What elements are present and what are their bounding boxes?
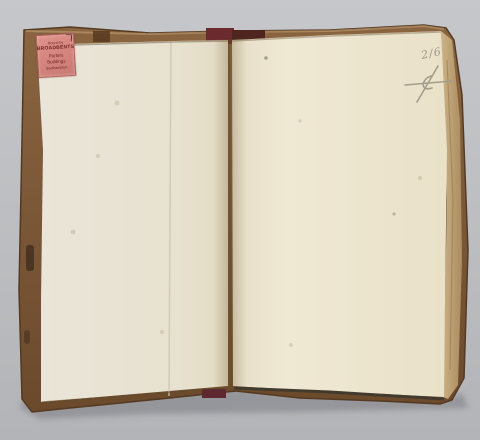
label-corner-mark bbox=[66, 34, 73, 41]
leather-wear-spot bbox=[24, 330, 30, 344]
label-line: Bound by bbox=[48, 41, 63, 46]
left-page bbox=[37, 40, 228, 402]
label-line: BROADBENTS bbox=[37, 45, 75, 53]
leather-wear-spot bbox=[26, 245, 34, 271]
photo-stage: Bound by BROADBENTS Porters Buildings So… bbox=[0, 0, 480, 440]
dark-patch-top-left bbox=[93, 31, 110, 42]
right-page bbox=[232, 31, 447, 397]
maroon-patch-bottom bbox=[202, 389, 226, 398]
label-line: Southampton bbox=[46, 65, 68, 70]
bookseller-label: Bound by BROADBENTS Porters Buildings So… bbox=[36, 33, 77, 78]
label-line: Porters bbox=[49, 53, 64, 59]
